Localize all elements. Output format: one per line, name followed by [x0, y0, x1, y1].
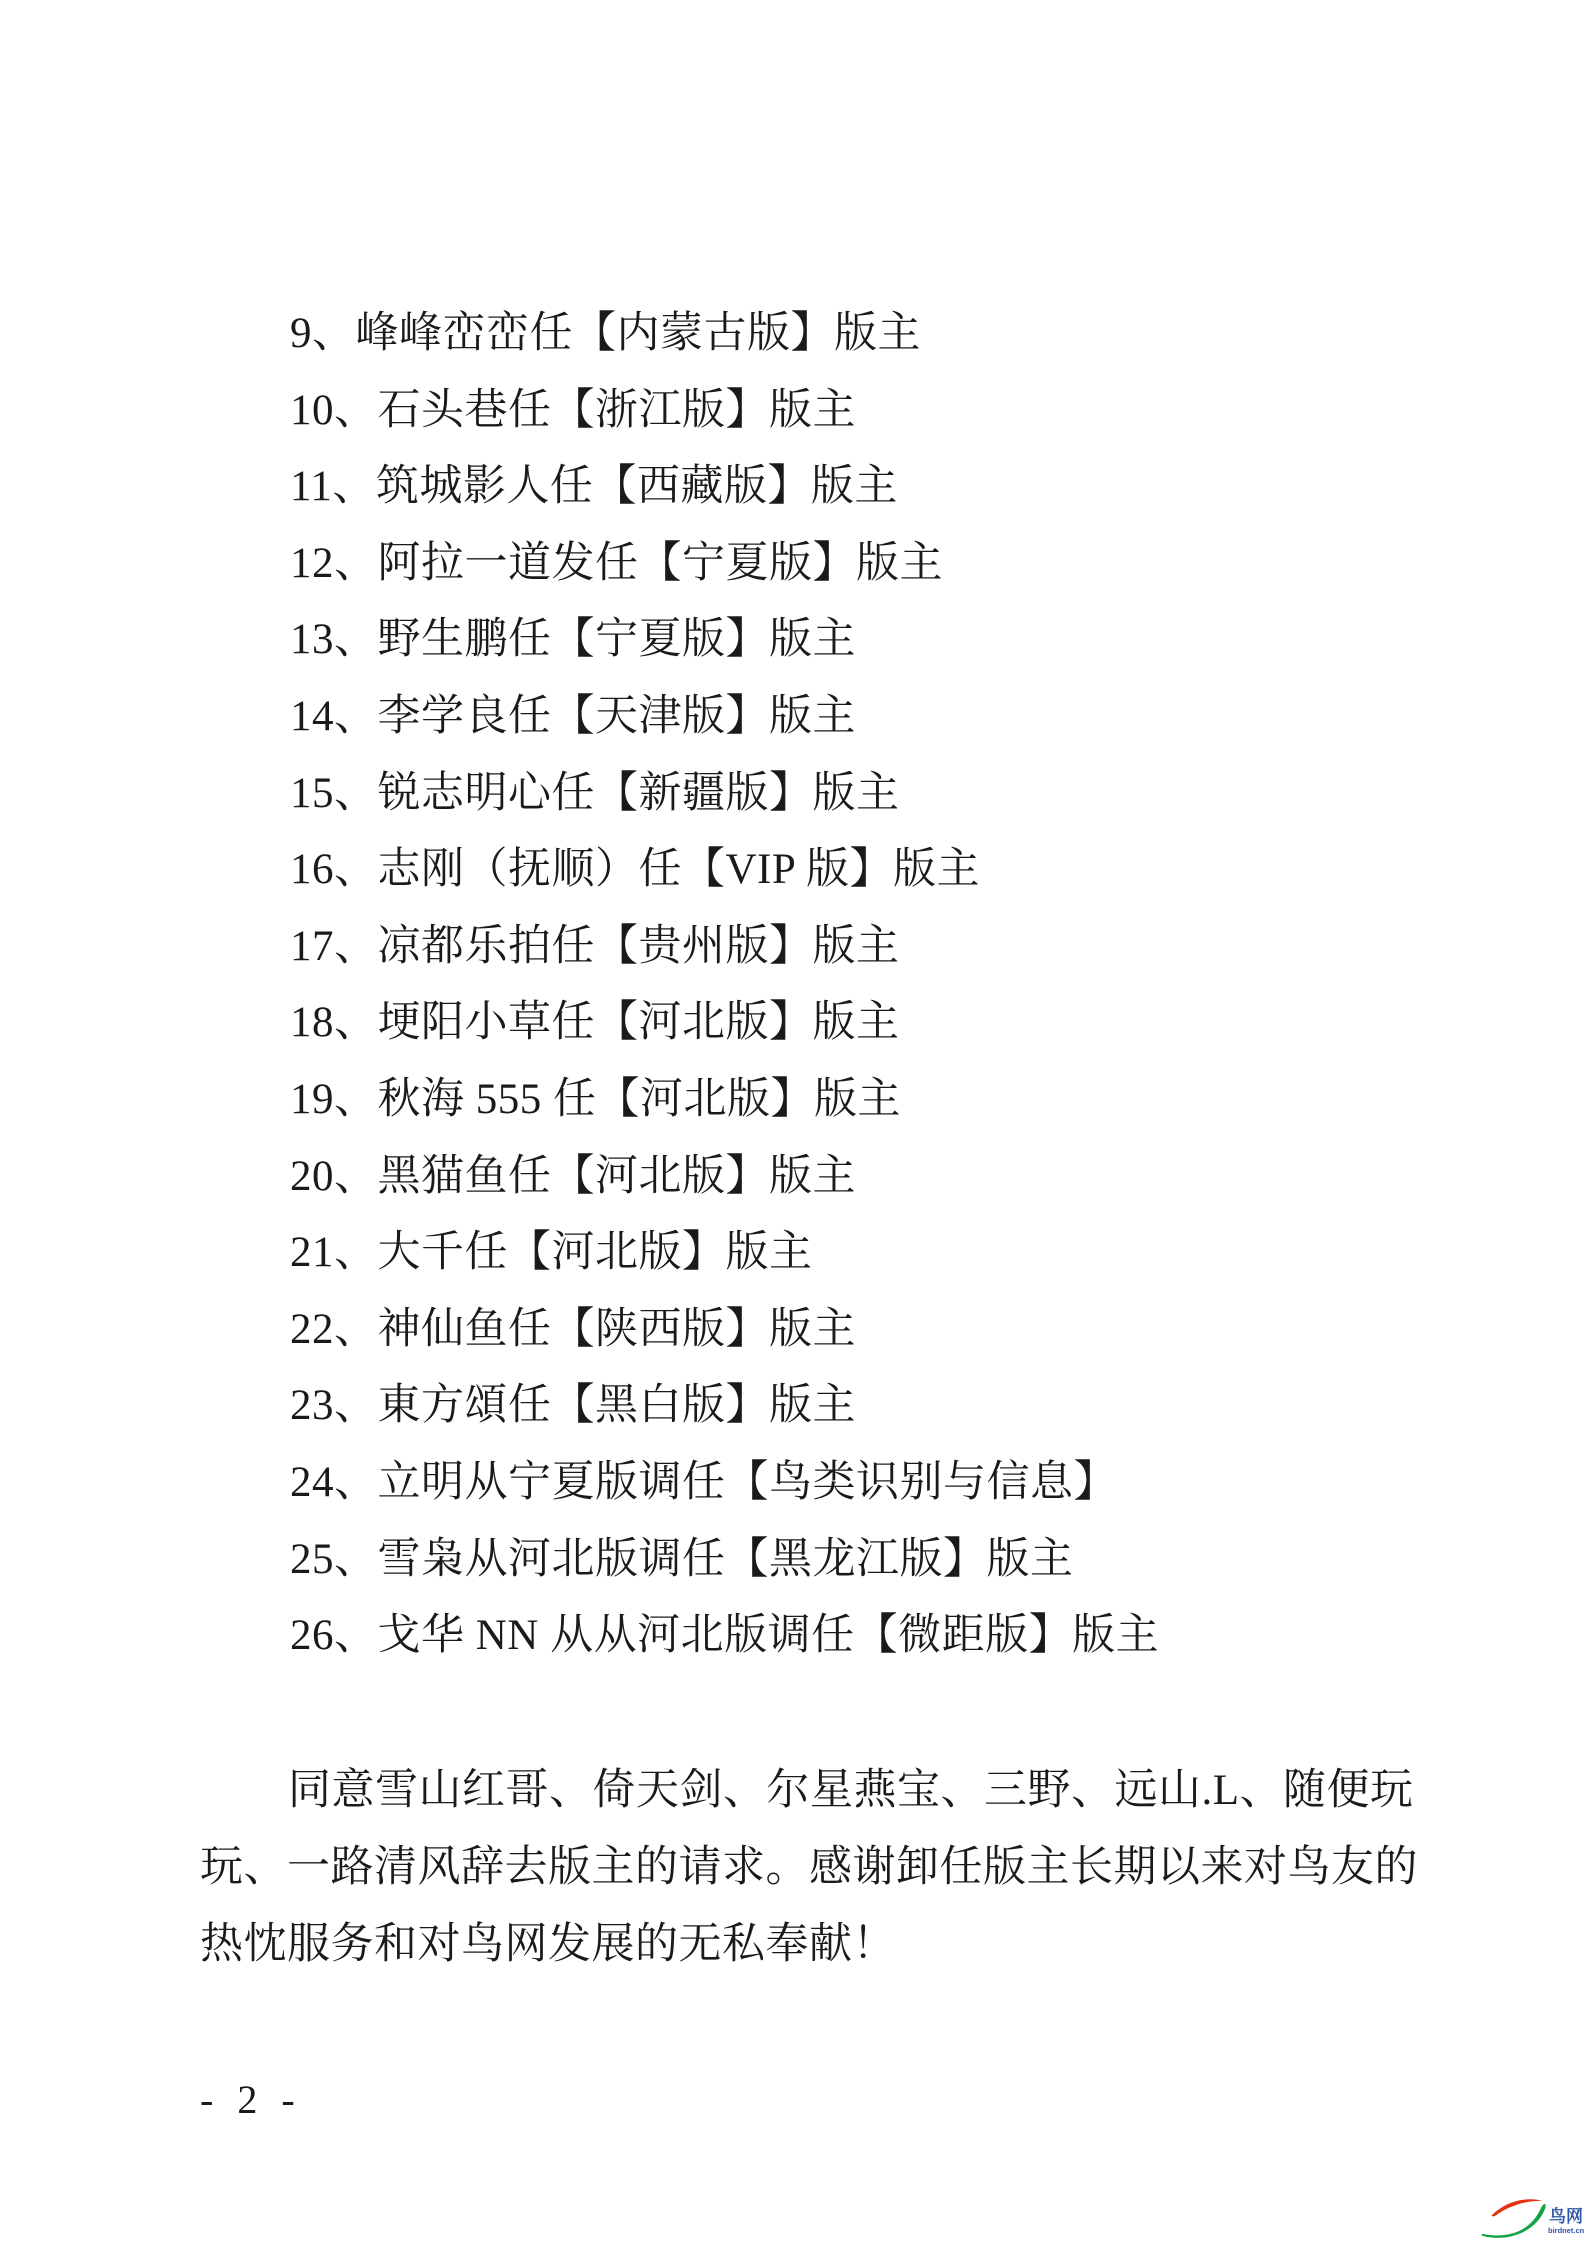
list-item: 16、志刚（抚顺）任【VIP 版】版主 — [200, 832, 1410, 909]
list-item: 24、立明从宁夏版调任【鸟类识别与信息】 — [200, 1445, 1410, 1522]
logo-site-domain: birdnet.cn — [1548, 2226, 1585, 2235]
list-item: 13、野生鹏任【宁夏版】版主 — [200, 602, 1410, 679]
list-item: 25、雪枭从河北版调任【黑龙江版】版主 — [200, 1522, 1410, 1599]
paragraph-line: 热忱服务和对鸟网发展的无私奉献！ — [200, 1906, 1410, 1983]
list-item: 18、埂阳小草任【河北版】版主 — [200, 985, 1410, 1062]
paragraph-line: 玩、一路清风辞去版主的请求。感谢卸任版主长期以来对鸟友的 — [200, 1829, 1410, 1906]
document-page: { "document": { "list_items": [ "9、峰峰峦峦任… — [0, 0, 1587, 2245]
list-item: 22、神仙鱼任【陕西版】版主 — [200, 1292, 1410, 1369]
list-item: 19、秋海 555 任【河北版】版主 — [200, 1062, 1410, 1139]
list-item: 20、黑猫鱼任【河北版】版主 — [200, 1139, 1410, 1216]
moderator-appointment-list: 9、峰峰峦峦任【内蒙古版】版主 10、石头巷任【浙江版】版主 11、筑城影人任【… — [200, 296, 1410, 1675]
logo-site-name: 鸟网 — [1549, 2206, 1583, 2226]
page-background: 9、峰峰峦峦任【内蒙古版】版主 10、石头巷任【浙江版】版主 11、筑城影人任【… — [0, 0, 1587, 2245]
list-item: 9、峰峰峦峦任【内蒙古版】版主 — [200, 296, 1410, 373]
list-item: 12、阿拉一道发任【宁夏版】版主 — [200, 526, 1410, 603]
blank-line — [200, 1675, 1410, 1752]
closing-paragraph: 同意雪山红哥、倚天剑、尔星燕宝、三野、远山.L、随便玩 玩、一路清风辞去版主的请… — [200, 1752, 1410, 1983]
birdnet-logo: 鸟网 birdnet.cn — [1481, 2194, 1585, 2242]
logo-green-swoosh — [1482, 2204, 1546, 2238]
list-item: 11、筑城影人任【西藏版】版主 — [200, 449, 1410, 526]
list-item: 15、锐志明心任【新疆版】版主 — [200, 756, 1410, 833]
list-item: 17、凉都乐拍任【贵州版】版主 — [200, 909, 1410, 986]
list-item: 26、戈华 NN 从从河北版调任【微距版】版主 — [200, 1598, 1410, 1675]
list-item: 23、東方頌任【黑白版】版主 — [200, 1368, 1410, 1445]
document-body: 9、峰峰峦峦任【内蒙古版】版主 10、石头巷任【浙江版】版主 11、筑城影人任【… — [200, 296, 1410, 1983]
list-item: 21、大千任【河北版】版主 — [200, 1215, 1410, 1292]
paragraph-line: 同意雪山红哥、倚天剑、尔星燕宝、三野、远山.L、随便玩 — [200, 1752, 1410, 1829]
logo-red-swoosh — [1492, 2199, 1543, 2216]
list-item: 10、石头巷任【浙江版】版主 — [200, 373, 1410, 450]
page-number: - 2 - — [200, 2078, 297, 2122]
bird-swoosh-icon: 鸟网 birdnet.cn — [1481, 2194, 1585, 2242]
list-item: 14、李学良任【天津版】版主 — [200, 679, 1410, 756]
